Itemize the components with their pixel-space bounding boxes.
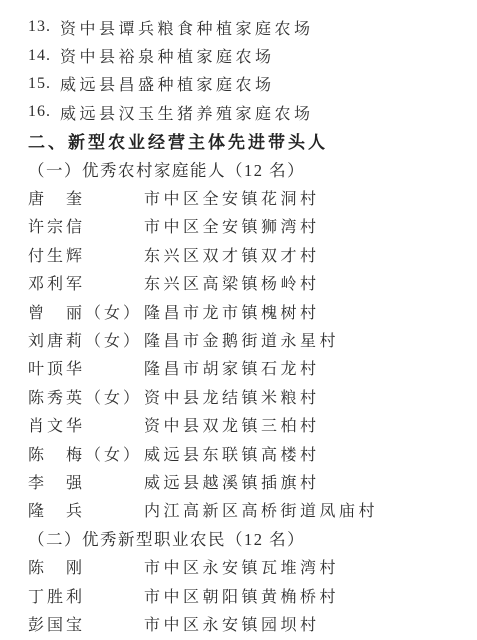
person-location: 市中区全安镇狮湾村 (144, 214, 320, 237)
person-location: 隆昌市金鹅街道永星村 (144, 328, 339, 351)
person-name: 隆 兵 (28, 498, 144, 521)
person-location: 威远县东联镇高楼村 (144, 442, 320, 465)
person-row: 丁胜利 市中区朝阳镇黄桷桥村 (28, 581, 457, 609)
person-location: 东兴区高梁镇杨岭村 (144, 271, 320, 294)
person-location: 内江高新区高桥街道凤庙村 (144, 498, 378, 521)
person-name: 陈秀英（女） (28, 385, 144, 408)
list-item-text: 资中县谭兵粮食种植家庭农场 (60, 16, 314, 39)
person-location: 威远县越溪镇插旗村 (144, 470, 320, 493)
person-location: 隆昌市龙市镇槐树村 (144, 300, 320, 323)
person-location: 资中县龙结镇米粮村 (144, 385, 320, 408)
person-row: 许宗信 市中区全安镇狮湾村 (28, 212, 457, 240)
person-name: 叶顶华 (28, 356, 144, 379)
list-item-text: 威远县汉玉生猪养殖家庭农场 (60, 101, 314, 124)
person-row: 付生辉 东兴区双才镇双才村 (28, 240, 457, 268)
person-row: 叶顶华 隆昌市胡家镇石龙村 (28, 354, 457, 382)
person-location: 市中区朝阳镇黄桷桥村 (144, 584, 339, 607)
list-item-number: 16. (28, 103, 51, 121)
person-name: 刘唐莉（女） (28, 328, 144, 351)
person-name: 肖文华 (28, 413, 144, 436)
list-item: 14. 资中县裕泉种植家庭农场 (28, 41, 457, 69)
person-location: 市中区永安镇瓦堆湾村 (144, 555, 339, 578)
subsection-title: （二）优秀新型职业农民（12 名） (28, 524, 457, 552)
person-row: 陈 梅（女） 威远县东联镇高楼村 (28, 439, 457, 467)
list-item: 13. 资中县谭兵粮食种植家庭农场 (28, 13, 457, 41)
person-row: 彭国宝 市中区永安镇园坝村 (28, 609, 457, 637)
person-row: 唐 奎 市中区全安镇花洞村 (28, 183, 457, 211)
list-item: 16. 威远县汉玉生猪养殖家庭农场 (28, 98, 457, 126)
list-item-text: 威远县昌盛种植家庭农场 (60, 72, 275, 95)
person-location: 市中区全安镇花洞村 (144, 186, 320, 209)
list-item-text: 资中县裕泉种植家庭农场 (60, 44, 275, 67)
person-name: 曾 丽（女） (28, 300, 144, 323)
list-item-number: 13. (28, 18, 51, 36)
person-name: 陈 梅（女） (28, 442, 144, 465)
list-item-number: 14. (28, 47, 51, 65)
person-name: 邓利军 (28, 271, 144, 294)
person-name: 丁胜利 (28, 584, 144, 607)
person-location: 东兴区双才镇双才村 (144, 243, 320, 266)
person-name: 陈 刚 (28, 555, 144, 578)
person-row: 肖文华 资中县双龙镇三柏村 (28, 410, 457, 438)
person-location: 隆昌市胡家镇石龙村 (144, 356, 320, 379)
person-row: 隆 兵 内江高新区高桥街道凤庙村 (28, 496, 457, 524)
person-row: 陈 刚 市中区永安镇瓦堆湾村 (28, 552, 457, 580)
person-location: 资中县双龙镇三柏村 (144, 413, 320, 436)
person-name: 李 强 (28, 470, 144, 493)
person-row: 邓利军 东兴区高梁镇杨岭村 (28, 269, 457, 297)
document-page: 13. 资中县谭兵粮食种植家庭农场 14. 资中县裕泉种植家庭农场 15. 威远… (0, 0, 477, 640)
list-item-number: 15. (28, 75, 51, 93)
section-heading: 二、新型农业经营主体先进带头人 (28, 127, 457, 155)
person-row: 陈秀英（女） 资中县龙结镇米粮村 (28, 382, 457, 410)
person-row: 李 强 威远县越溪镇插旗村 (28, 467, 457, 495)
person-name: 许宗信 (28, 214, 144, 237)
person-location: 市中区永安镇园坝村 (144, 612, 320, 635)
person-row: 曾 丽（女） 隆昌市龙市镇槐树村 (28, 297, 457, 325)
person-name: 唐 奎 (28, 186, 144, 209)
list-item: 15. 威远县昌盛种植家庭农场 (28, 70, 457, 98)
person-name: 付生辉 (28, 243, 144, 266)
subsection-title: （一）优秀农村家庭能人（12 名） (28, 155, 457, 183)
person-row: 刘唐莉（女） 隆昌市金鹅街道永星村 (28, 325, 457, 353)
person-name: 彭国宝 (28, 612, 144, 635)
